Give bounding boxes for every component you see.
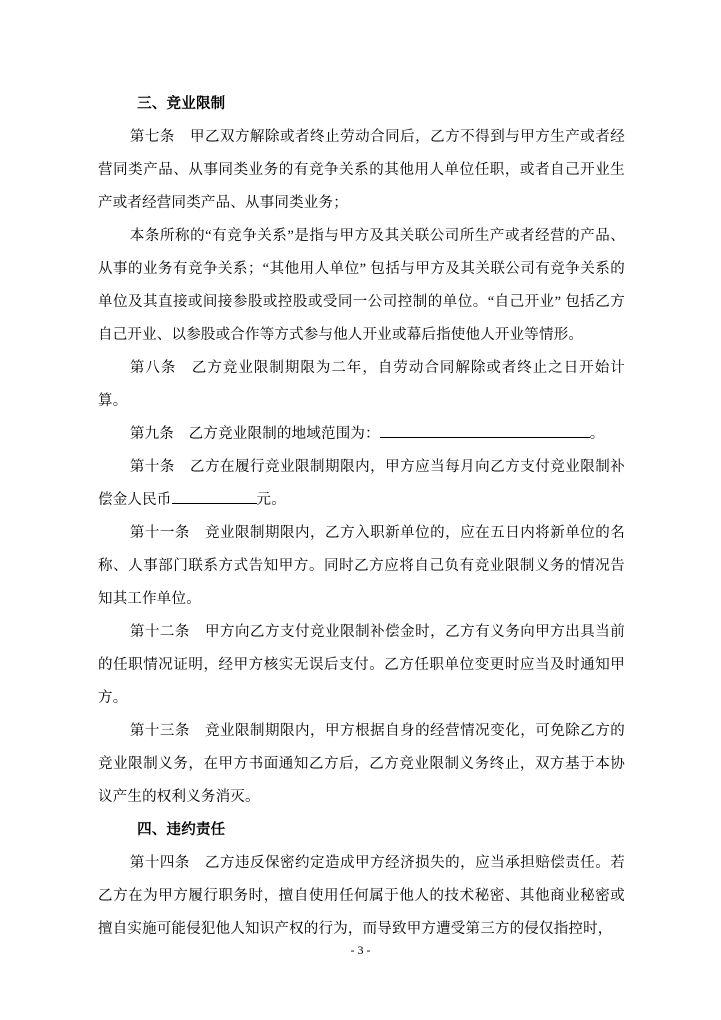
text-run: 。: [590, 426, 605, 442]
text-run: 第九条 乙方竞业限制的地域范围为：: [130, 426, 380, 442]
article-9: 第九条 乙方竞业限制的地域范围为：。: [98, 418, 625, 451]
page-footer: - 3 -: [0, 941, 721, 959]
article-11: 第十一条 竞业限制期限内，乙方入职新单位的，应在五日内将新单位的名称、人事部门联…: [98, 517, 625, 616]
fill-in-blank[interactable]: [380, 424, 590, 438]
text-run: 第十三条 竞业限制期限内，甲方根据自身的经营情况变化，可免除乙方的竞业限制义务，…: [98, 723, 625, 805]
text-run: 第十四条 乙方违反保密约定造成甲方经济损失的，应当承担赔偿责任。若乙方在为甲方履…: [98, 855, 625, 937]
document-body: 三、竞业限制第七条 甲乙双方解除或者终止劳动合同后，乙方不得到与甲方生产或者经营…: [98, 88, 625, 946]
article-8: 第八条 乙方竞业限制期限为二年，自劳动合同解除或者终止之日开始计算。: [98, 352, 625, 418]
text-run: 第七条 甲乙双方解除或者终止劳动合同后，乙方不得到与甲方生产或者经营同类产品、从…: [98, 129, 625, 211]
text-run: 第八条 乙方竞业限制期限为二年，自劳动合同解除或者终止之日开始计算。: [98, 360, 625, 409]
text-run: 第十二条 甲方向乙方支付竞业限制补偿金时，乙方有义务向甲方出具当前的任职情况证明…: [98, 624, 625, 706]
text-run: 第十一条 竞业限制期限内，乙方入职新单位的，应在五日内将新单位的名称、人事部门联…: [98, 525, 625, 607]
article-7-definitions: 本条所称的“有竞争关系”是指与甲方及其关联公司所生产或者经营的产品、从事的业务有…: [98, 220, 625, 352]
text-run: 本条所称的“有竞争关系”是指与甲方及其关联公司所生产或者经营的产品、从事的业务有…: [98, 228, 625, 343]
article-14: 第十四条 乙方违反保密约定造成甲方经济损失的，应当承担赔偿责任。若乙方在为甲方履…: [98, 847, 625, 946]
page-number: - 3 -: [351, 943, 371, 957]
section-heading-4: 四、违约责任: [98, 814, 625, 847]
article-12: 第十二条 甲方向乙方支付竞业限制补偿金时，乙方有义务向甲方出具当前的任职情况证明…: [98, 616, 625, 715]
section-heading-3: 三、竞业限制: [98, 88, 625, 121]
text-run: 三、竞业限制: [137, 96, 225, 112]
document-page: 三、竞业限制第七条 甲乙双方解除或者终止劳动合同后，乙方不得到与甲方生产或者经营…: [0, 0, 721, 1020]
article-7: 第七条 甲乙双方解除或者终止劳动合同后，乙方不得到与甲方生产或者经营同类产品、从…: [98, 121, 625, 220]
text-run: 四、违约责任: [137, 822, 225, 838]
fill-in-blank[interactable]: [172, 490, 257, 504]
article-10: 第十条 乙方在履行竞业限制期限内，甲方应当每月向乙方支付竞业限制补偿金人民币元。: [98, 451, 625, 517]
article-13: 第十三条 竞业限制期限内，甲方根据自身的经营情况变化，可免除乙方的竞业限制义务，…: [98, 715, 625, 814]
text-run: 元。: [257, 492, 286, 508]
